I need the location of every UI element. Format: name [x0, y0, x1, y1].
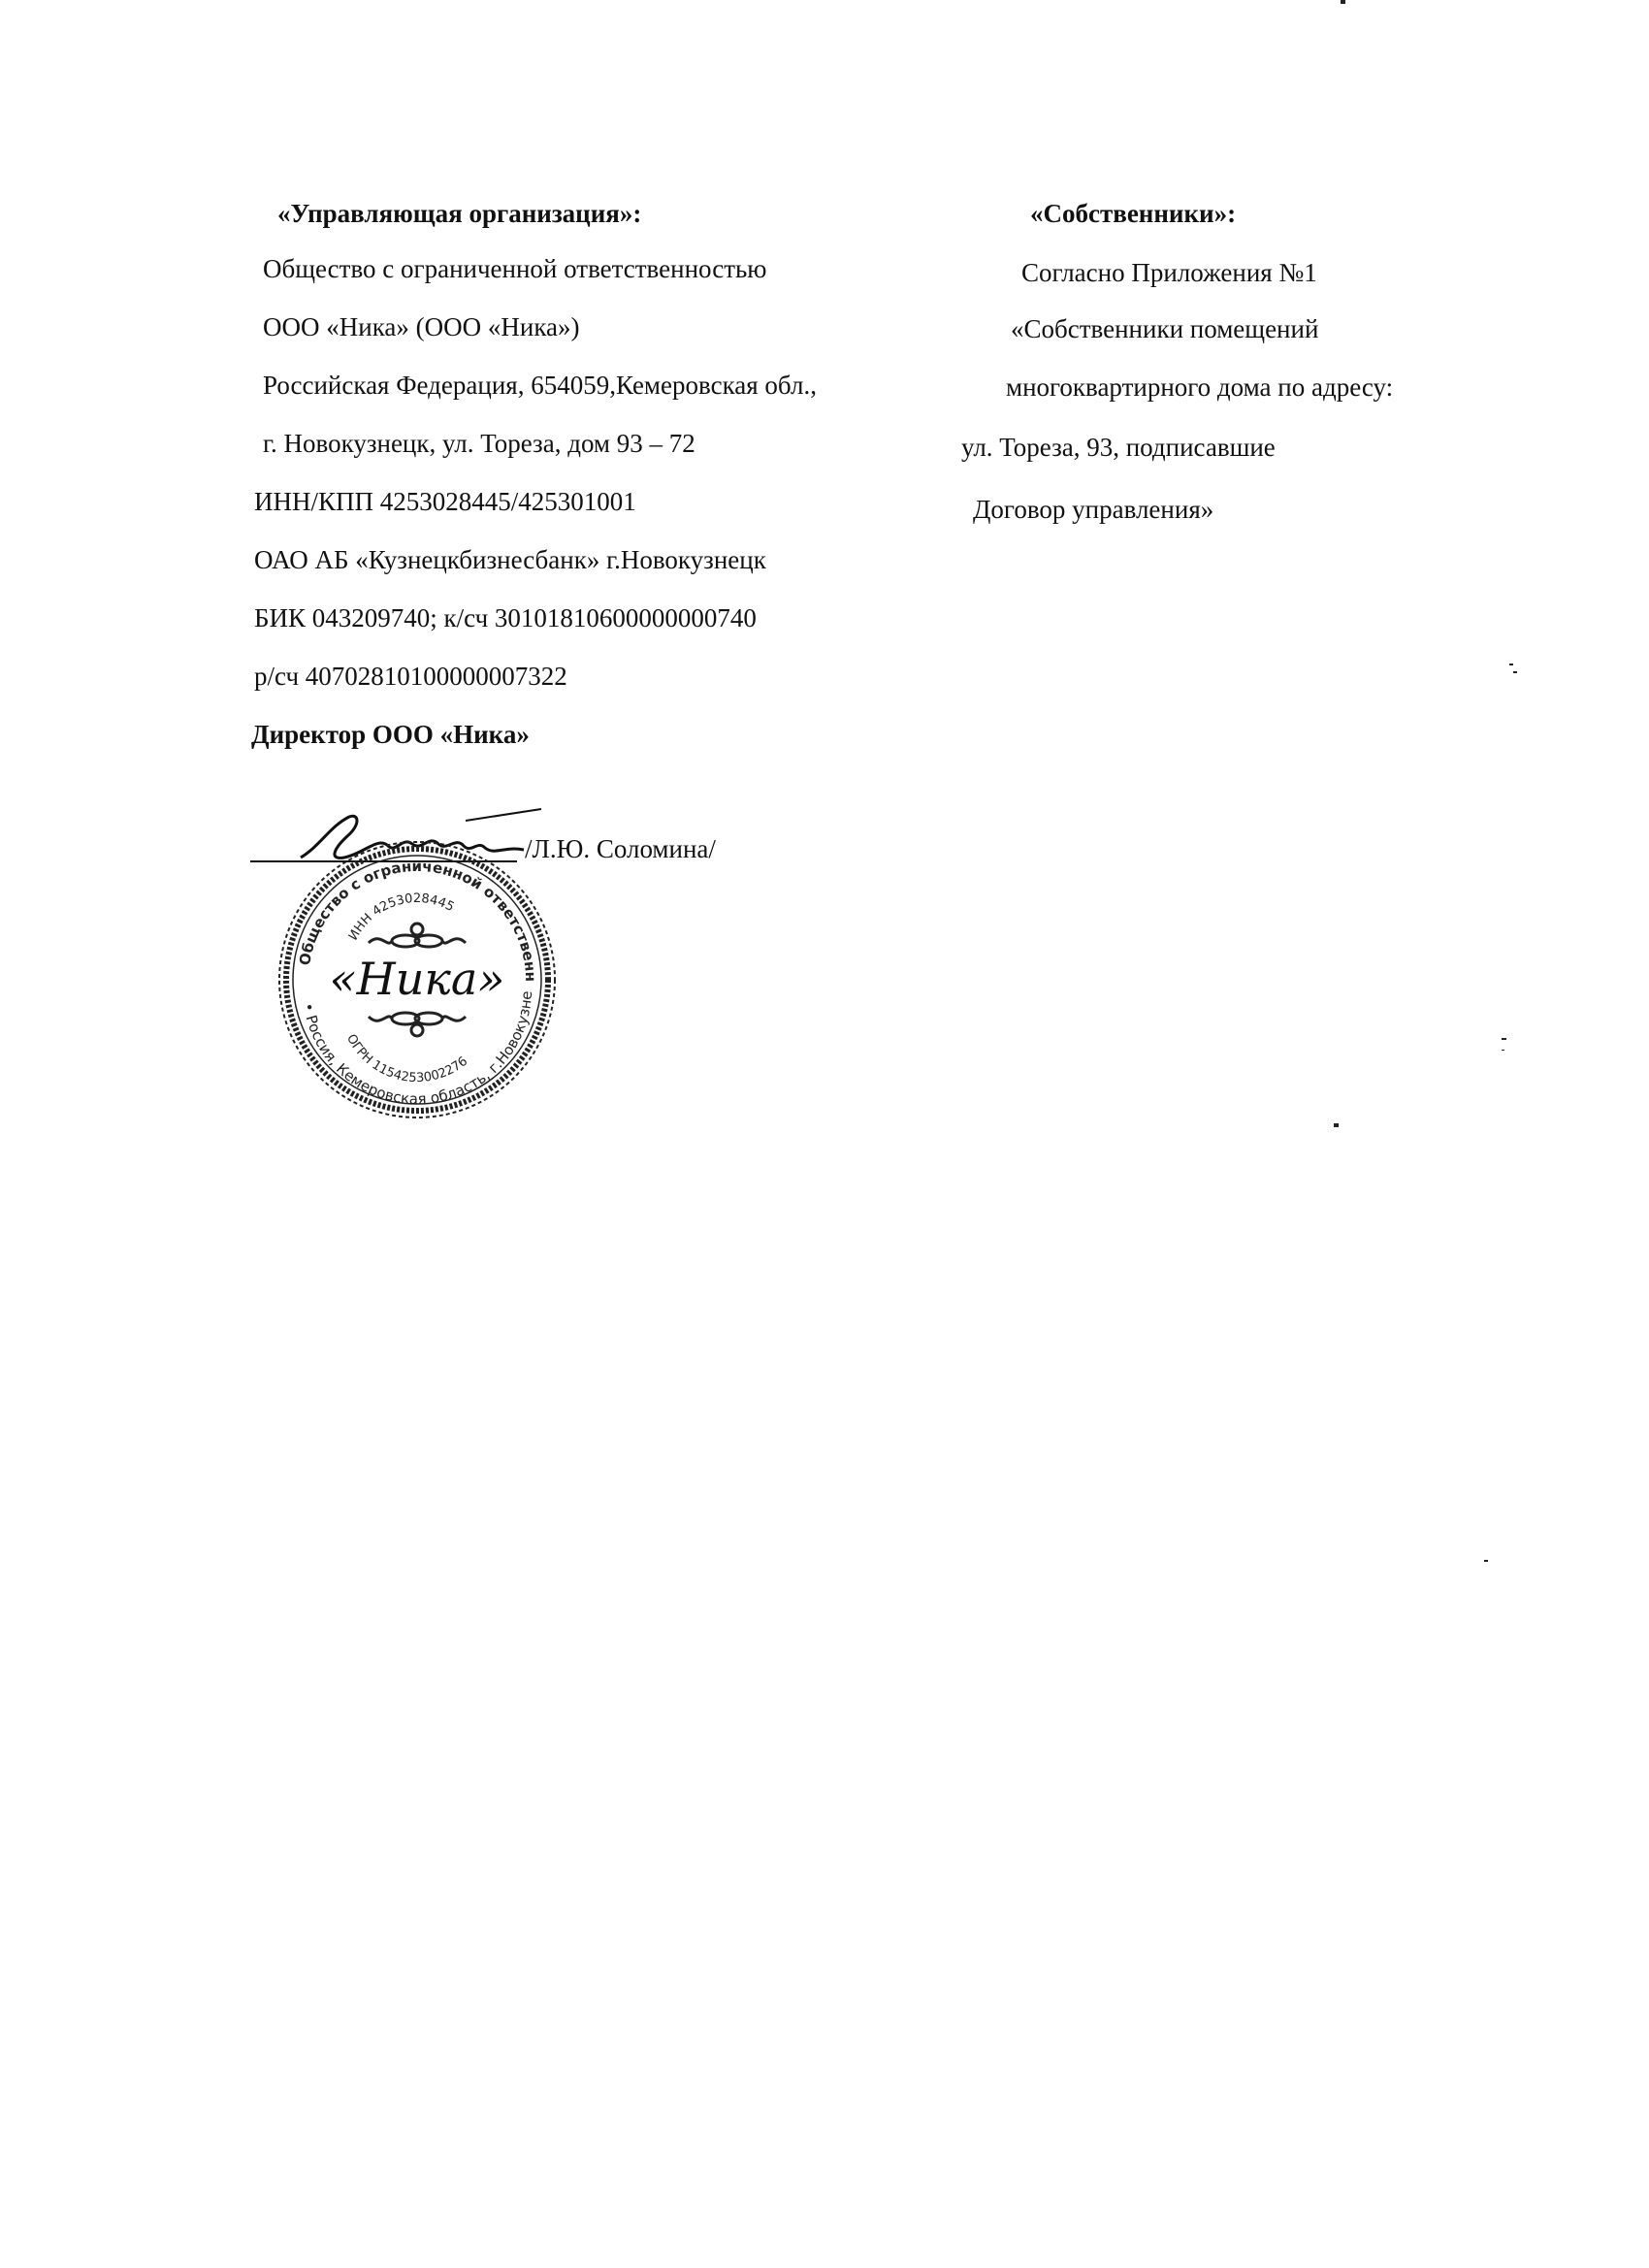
org-line-account: р/сч 40702810100000007322 [254, 664, 567, 690]
owners-line-appendix: Согласно Приложения №1 [1021, 260, 1317, 286]
stamp-center-name: «Ника» [330, 953, 505, 1005]
owners-line-owners: «Собственники помещений [1011, 316, 1318, 342]
org-line-name: ООО «Ника» (ООО «Ника») [263, 314, 580, 340]
signer-title: Директор ООО «Ника» [251, 722, 530, 748]
scan-speck [1484, 1560, 1488, 1562]
org-line-address-2: г. Новокузнецк, ул. Тореза, дом 93 – 72 [263, 431, 695, 457]
scan-speck [1341, 0, 1345, 4]
org-line-address-1: Российская Федерация, 654059,Кемеровская… [263, 373, 817, 399]
owners-line-contract: Договор управления» [973, 497, 1213, 523]
org-line-bik: БИК 043209740; к/сч 30101810600000000740 [254, 605, 757, 632]
owners-line-street: ул. Тореза, 93, подписавшие [961, 435, 1276, 461]
owners-heading: «Собственники»: [1030, 201, 1236, 227]
owners-line-building: многоквартирного дома по адресу: [1006, 374, 1393, 401]
org-line-bank: ОАО АБ «Кузнецкбизнесбанк» г.Новокузнецк [254, 547, 766, 573]
scan-speck [1509, 664, 1513, 665]
org-line-inn-kpp: ИНН/КПП 4253028445/425301001 [254, 489, 636, 515]
scan-speck [1502, 1050, 1504, 1051]
scan-speck [1513, 671, 1517, 673]
ornament-bottom-icon [369, 1013, 466, 1036]
scan-speck [1334, 1123, 1339, 1127]
org-line-legal-form: Общество с ограниченной ответственностью [263, 256, 766, 282]
company-seal-stamp: Общество с ограниченной ответственностью… [272, 834, 563, 1125]
ornament-top-icon [369, 923, 466, 947]
scan-speck [1502, 1038, 1506, 1040]
management-org-heading: «Управляющая организация»: [277, 201, 641, 227]
